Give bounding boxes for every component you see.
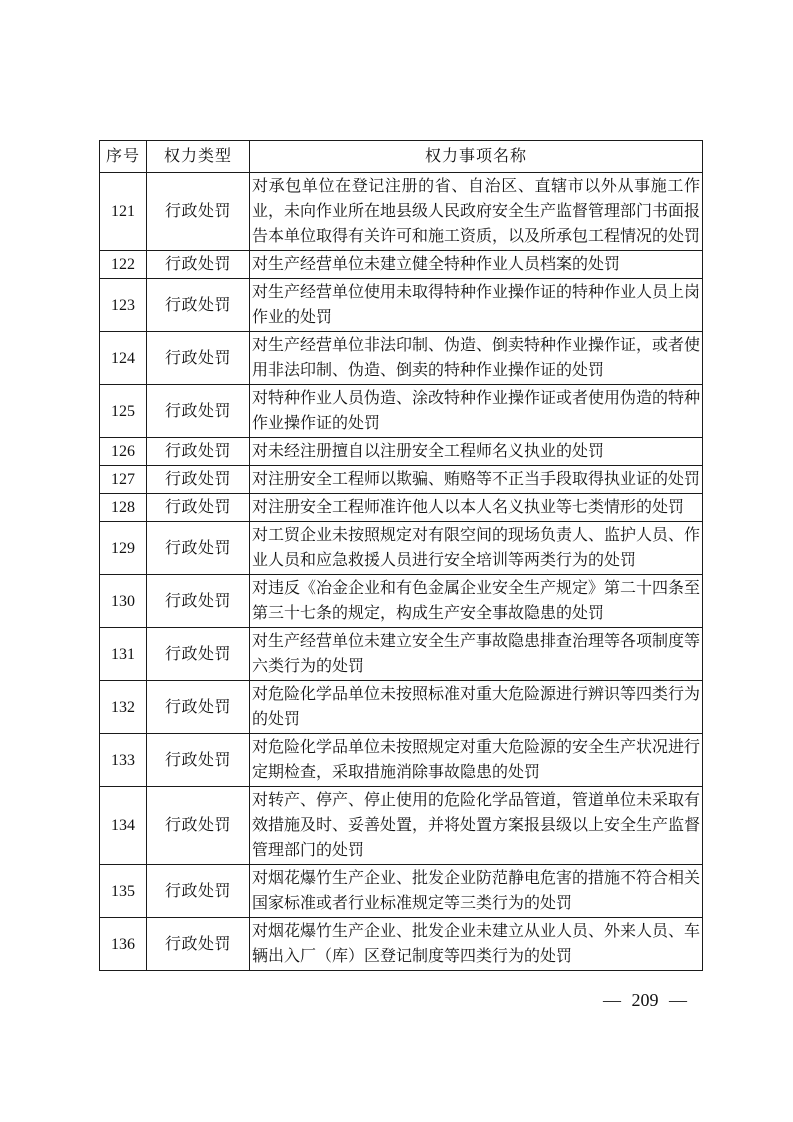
row-item-name: 对违反《冶金企业和有色金属企业安全生产规定》第二十四条至第三十七条的规定，构成生… (250, 575, 703, 628)
row-item-name: 对注册安全工程师以欺骗、贿赂等不正当手段取得执业证的处罚 (250, 466, 703, 494)
row-item-name: 对生产经营单位非法印制、伪造、倒卖特种作业操作证，或者使用非法印制、伪造、倒卖的… (250, 332, 703, 385)
row-power-type: 行政处罚 (147, 466, 250, 494)
row-power-type: 行政处罚 (147, 681, 250, 734)
row-power-type: 行政处罚 (147, 332, 250, 385)
table-row: 127 行政处罚 对注册安全工程师以欺骗、贿赂等不正当手段取得执业证的处罚 (100, 466, 703, 494)
row-serial-number: 129 (100, 522, 147, 575)
table-row: 132 行政处罚 对危险化学品单位未按照标准对重大危险源进行辨识等四类行为的处罚 (100, 681, 703, 734)
row-power-type: 行政处罚 (147, 628, 250, 681)
table-row: 125 行政处罚 对特种作业人员伪造、涂改特种作业操作证或者使用伪造的特种作业操… (100, 385, 703, 438)
row-power-type: 行政处罚 (147, 918, 250, 971)
table-row: 131 行政处罚 对生产经营单位未建立安全生产事故隐患排查治理等各项制度等六类行… (100, 628, 703, 681)
row-serial-number: 136 (100, 918, 147, 971)
row-serial-number: 123 (100, 279, 147, 332)
row-serial-number: 125 (100, 385, 147, 438)
row-item-name: 对生产经营单位未建立健全特种作业人员档案的处罚 (250, 251, 703, 279)
column-header-power-item-name: 权力事项名称 (250, 141, 703, 173)
row-power-type: 行政处罚 (147, 575, 250, 628)
row-item-name: 对承包单位在登记注册的省、自治区、直辖市以外从事施工作业，未向作业所在地县级人民… (250, 173, 703, 251)
row-power-type: 行政处罚 (147, 494, 250, 522)
row-serial-number: 127 (100, 466, 147, 494)
row-serial-number: 132 (100, 681, 147, 734)
table-row: 123 行政处罚 对生产经营单位使用未取得特种作业操作证的特种作业人员上岗作业的… (100, 279, 703, 332)
row-item-name: 对工贸企业未按照规定对有限空间的现场负责人、监护人员、作业人员和应急救援人员进行… (250, 522, 703, 575)
document-page: 序号 权力类型 权力事项名称 121 行政处罚 对承包单位在登记注册的省、自治区… (0, 0, 793, 1122)
table-row: 135 行政处罚 对烟花爆竹生产企业、批发企业防范静电危害的措施不符合相关国家标… (100, 865, 703, 918)
row-serial-number: 122 (100, 251, 147, 279)
row-item-name: 对注册安全工程师准许他人以本人名义执业等七类情形的处罚 (250, 494, 703, 522)
column-header-power-type: 权力类型 (147, 141, 250, 173)
row-item-name: 对未经注册擅自以注册安全工程师名义执业的处罚 (250, 438, 703, 466)
row-serial-number: 128 (100, 494, 147, 522)
row-serial-number: 121 (100, 173, 147, 251)
row-serial-number: 126 (100, 438, 147, 466)
row-power-type: 行政处罚 (147, 787, 250, 865)
table-row: 129 行政处罚 对工贸企业未按照规定对有限空间的现场负责人、监护人员、作业人员… (100, 522, 703, 575)
row-serial-number: 134 (100, 787, 147, 865)
authority-items-table: 序号 权力类型 权力事项名称 121 行政处罚 对承包单位在登记注册的省、自治区… (99, 140, 703, 971)
row-power-type: 行政处罚 (147, 385, 250, 438)
row-item-name: 对烟花爆竹生产企业、批发企业未建立从业人员、外来人员、车辆出入厂（库）区登记制度… (250, 918, 703, 971)
row-item-name: 对转产、停产、停止使用的危险化学品管道，管道单位未采取有效措施及时、妥善处置，并… (250, 787, 703, 865)
table-row: 124 行政处罚 对生产经营单位非法印制、伪造、倒卖特种作业操作证，或者使用非法… (100, 332, 703, 385)
row-serial-number: 133 (100, 734, 147, 787)
row-power-type: 行政处罚 (147, 522, 250, 575)
row-serial-number: 124 (100, 332, 147, 385)
row-power-type: 行政处罚 (147, 734, 250, 787)
row-power-type: 行政处罚 (147, 865, 250, 918)
row-power-type: 行政处罚 (147, 173, 250, 251)
row-item-name: 对危险化学品单位未按照规定对重大危险源的安全生产状况进行定期检查，采取措施消除事… (250, 734, 703, 787)
table-row: 121 行政处罚 对承包单位在登记注册的省、自治区、直辖市以外从事施工作业，未向… (100, 173, 703, 251)
row-item-name: 对生产经营单位使用未取得特种作业操作证的特种作业人员上岗作业的处罚 (250, 279, 703, 332)
row-item-name: 对危险化学品单位未按照标准对重大危险源进行辨识等四类行为的处罚 (250, 681, 703, 734)
table-row: 126 行政处罚 对未经注册擅自以注册安全工程师名义执业的处罚 (100, 438, 703, 466)
table-row: 134 行政处罚 对转产、停产、停止使用的危险化学品管道，管道单位未采取有效措施… (100, 787, 703, 865)
table-row: 133 行政处罚 对危险化学品单位未按照规定对重大危险源的安全生产状况进行定期检… (100, 734, 703, 787)
table-body: 121 行政处罚 对承包单位在登记注册的省、自治区、直辖市以外从事施工作业，未向… (100, 173, 703, 971)
row-serial-number: 131 (100, 628, 147, 681)
table-row: 136 行政处罚 对烟花爆竹生产企业、批发企业未建立从业人员、外来人员、车辆出入… (100, 918, 703, 971)
row-power-type: 行政处罚 (147, 438, 250, 466)
table-row: 130 行政处罚 对违反《冶金企业和有色金属企业安全生产规定》第二十四条至第三十… (100, 575, 703, 628)
page-number: — 209 — (603, 990, 687, 1010)
row-item-name: 对生产经营单位未建立安全生产事故隐患排查治理等各项制度等六类行为的处罚 (250, 628, 703, 681)
row-power-type: 行政处罚 (147, 279, 250, 332)
table-header-row: 序号 权力类型 权力事项名称 (100, 141, 703, 173)
column-header-serial-number: 序号 (100, 141, 147, 173)
page-footer: — 209 — (603, 990, 687, 1011)
table-row: 122 行政处罚 对生产经营单位未建立健全特种作业人员档案的处罚 (100, 251, 703, 279)
row-serial-number: 130 (100, 575, 147, 628)
row-item-name: 对烟花爆竹生产企业、批发企业防范静电危害的措施不符合相关国家标准或者行业标准规定… (250, 865, 703, 918)
table-row: 128 行政处罚 对注册安全工程师准许他人以本人名义执业等七类情形的处罚 (100, 494, 703, 522)
row-item-name: 对特种作业人员伪造、涂改特种作业操作证或者使用伪造的特种作业操作证的处罚 (250, 385, 703, 438)
row-serial-number: 135 (100, 865, 147, 918)
row-power-type: 行政处罚 (147, 251, 250, 279)
